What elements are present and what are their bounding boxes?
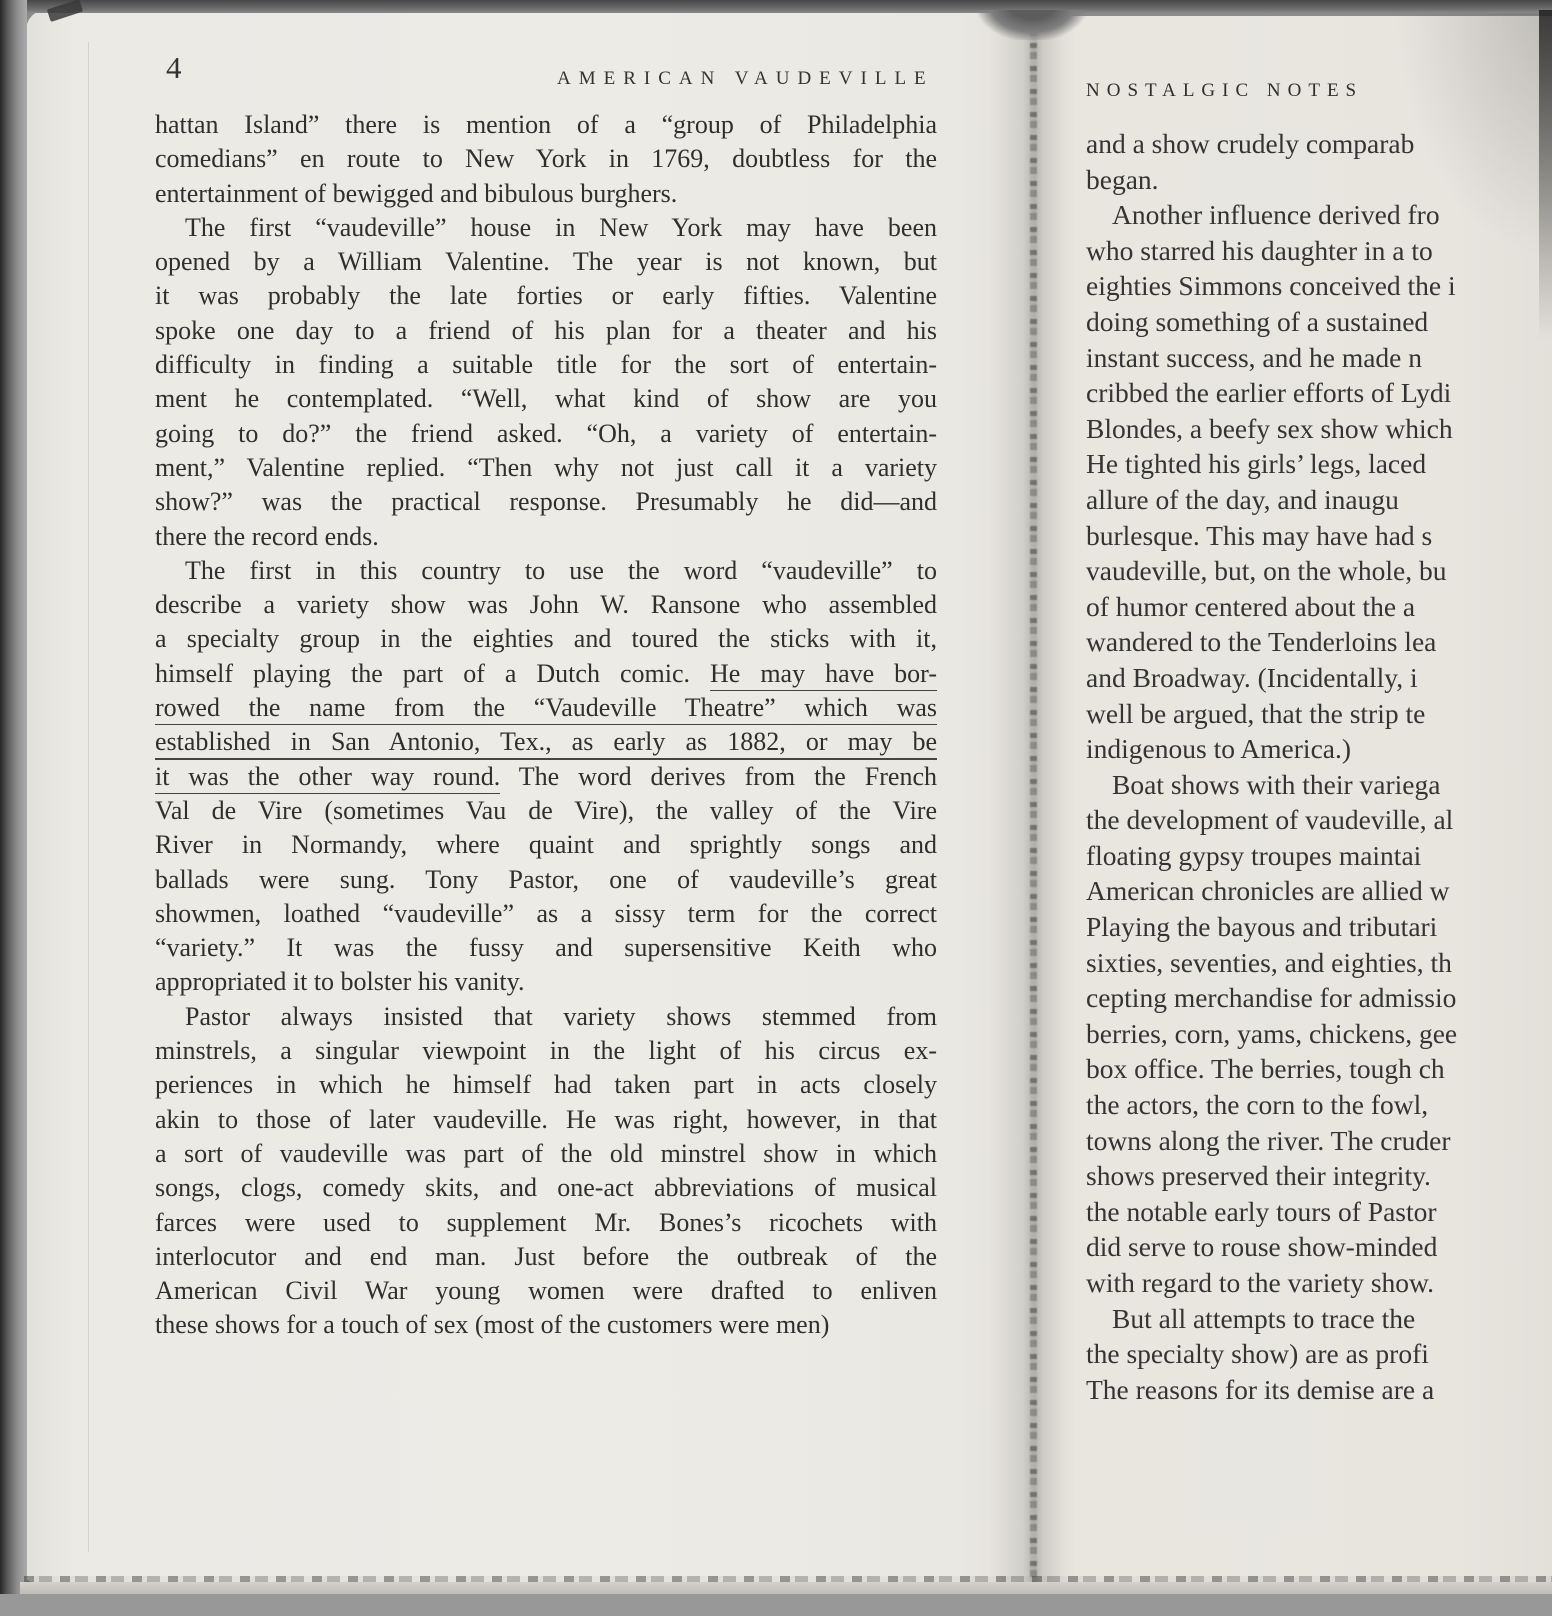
text-line: there the record ends. — [155, 520, 937, 554]
text-segment: show?” was the practical response. Presu… — [155, 487, 937, 516]
text-line: opened by a William Valentine. The year … — [155, 245, 937, 279]
text-line: it was the other way round. The word der… — [155, 760, 937, 794]
text-segment: Val de Vire (sometimes Vau de Vire), the… — [155, 796, 937, 825]
left-page-text: hattan Island” there is mention of a “gr… — [155, 108, 937, 1343]
text-line: American chronicles are allied w — [1086, 873, 1552, 909]
text-line: comedians” en route to New York in 1769,… — [155, 142, 937, 176]
text-line: shows preserved their integrity. — [1086, 1158, 1552, 1194]
text-segment: comedians” en route to New York in 1769,… — [155, 144, 937, 173]
running-head-left: AMERICAN VAUDEVILLE — [557, 68, 934, 90]
text-line: with regard to the variety show. — [1086, 1265, 1552, 1301]
text-line: ment,” Valentine replied. “Then why not … — [155, 451, 937, 485]
underlined-text: it was the other way round. — [155, 762, 500, 794]
text-line: sixties, seventies, and eighties, th — [1086, 945, 1552, 981]
text-line: songs, clogs, comedy skits, and one-act … — [155, 1171, 937, 1205]
running-head-right: NOSTALGIC NOTES — [1086, 80, 1363, 102]
text-line: minstrels, a singular viewpoint in the l… — [155, 1034, 937, 1068]
text-line: wandered to the Tenderloins lea — [1086, 624, 1552, 660]
gutter-stitch-line — [1030, 20, 1037, 1598]
text-line: akin to those of later vaudeville. He wa… — [155, 1103, 937, 1137]
text-line: the specialty show) are as profi — [1086, 1336, 1552, 1372]
text-line: these shows for a touch of sex (most of … — [155, 1308, 937, 1342]
text-line: spoke one day to a friend of his plan fo… — [155, 314, 937, 348]
text-segment: describe a variety show was John W. Rans… — [155, 590, 937, 619]
text-line: the actors, the corn to the fowl, — [1086, 1087, 1552, 1123]
text-segment: ballads were sung. Tony Pastor, one of v… — [155, 865, 937, 894]
text-line: it was probably the late forties or earl… — [155, 279, 937, 313]
text-segment: opened by a William Valentine. The year … — [155, 247, 937, 276]
text-line: Playing the bayous and tributari — [1086, 909, 1552, 945]
scan-left-edge — [0, 0, 27, 1616]
text-line: well be argued, that the strip te — [1086, 696, 1552, 732]
text-line: Boat shows with their variega — [1086, 767, 1552, 803]
text-line: who starred his daughter in a to — [1086, 233, 1552, 269]
text-line: himself playing the part of a Dutch comi… — [155, 657, 937, 691]
text-segment: there the record ends. — [155, 522, 379, 551]
text-line: Val de Vire (sometimes Vau de Vire), the… — [155, 794, 937, 828]
text-line: interlocutor and end man. Just before th… — [155, 1240, 937, 1274]
text-line: indigenous to America.) — [1086, 731, 1552, 767]
text-segment: it was probably the late forties or earl… — [155, 281, 937, 310]
text-line: describe a variety show was John W. Rans… — [155, 588, 937, 622]
text-line: a sort of vaudeville was part of the old… — [155, 1137, 937, 1171]
scan-top-edge — [0, 0, 1552, 13]
text-segment: appropriated it to bolster his vanity. — [155, 967, 524, 996]
left-page-edge-line — [88, 42, 89, 1552]
text-line: ment he contemplated. “Well, what kind o… — [155, 382, 937, 416]
text-line: eighties Simmons conceived the i — [1086, 268, 1552, 304]
text-line: and a show crudely comparab — [1086, 126, 1552, 162]
text-segment: akin to those of later vaudeville. He wa… — [155, 1105, 937, 1134]
text-line: and Broadway. (Incidentally, i — [1086, 660, 1552, 696]
text-line: show?” was the practical response. Presu… — [155, 485, 937, 519]
text-line: But all attempts to trace the — [1086, 1301, 1552, 1337]
text-line: Another influence derived fro — [1086, 197, 1552, 233]
text-segment: The first “vaudeville” house in New York… — [185, 213, 937, 242]
text-line: box office. The berries, tough ch — [1086, 1051, 1552, 1087]
text-segment: these shows for a touch of sex (most of … — [155, 1310, 829, 1339]
text-line: floating gypsy troupes maintai — [1086, 838, 1552, 874]
text-line: doing something of a sustained — [1086, 304, 1552, 340]
text-line: rowed the name from the “Vaudeville Thea… — [155, 691, 937, 725]
text-line: farces were used to supplement Mr. Bones… — [155, 1206, 937, 1240]
text-segment: The word derives from the French — [500, 762, 937, 791]
text-line: burlesque. This may have had s — [1086, 518, 1552, 554]
text-segment: hattan Island” there is mention of a “gr… — [155, 110, 937, 139]
scan-bottom-edge — [0, 1594, 1552, 1616]
text-segment: a sort of vaudeville was part of the old… — [155, 1139, 937, 1168]
text-segment: American Civil War young women were draf… — [155, 1276, 937, 1305]
text-segment: interlocutor and end man. Just before th… — [155, 1242, 937, 1271]
text-segment: “variety.” It was the fussy and supersen… — [155, 933, 937, 962]
text-segment: Pastor always insisted that variety show… — [185, 1002, 937, 1031]
text-line: the notable early tours of Pastor — [1086, 1194, 1552, 1230]
text-line: The first in this country to use the wor… — [155, 554, 937, 588]
text-line: He tighted his girls’ legs, laced — [1086, 446, 1552, 482]
text-line: ballads were sung. Tony Pastor, one of v… — [155, 863, 937, 897]
right-page-text: and a show crudely comparabbegan.Another… — [1086, 126, 1552, 1407]
text-line: cepting merchandise for admissio — [1086, 980, 1552, 1016]
text-segment: spoke one day to a friend of his plan fo… — [155, 316, 937, 345]
text-segment: showmen, loathed “vaudeville” as a sissy… — [155, 899, 937, 928]
underlined-text: rowed the name from the “Vaudeville Thea… — [155, 693, 937, 725]
text-segment: ment,” Valentine replied. “Then why not … — [155, 453, 937, 482]
text-line: difficulty in finding a suitable title f… — [155, 348, 937, 382]
text-segment: a specialty group in the eighties and to… — [155, 624, 937, 653]
text-segment: The first in this country to use the wor… — [185, 556, 937, 585]
text-line: entertainment of bewigged and bibulous b… — [155, 177, 937, 211]
book-scan: 4 AMERICAN VAUDEVILLE NOSTALGIC NOTES ha… — [0, 0, 1552, 1616]
text-segment: minstrels, a singular viewpoint in the l… — [155, 1036, 937, 1065]
text-line: The first “vaudeville” house in New York… — [155, 211, 937, 245]
text-line: the development of vaudeville, al — [1086, 802, 1552, 838]
text-line: showmen, loathed “vaudeville” as a sissy… — [155, 897, 937, 931]
text-line: cribbed the earlier efforts of Lydi — [1086, 375, 1552, 411]
underlined-text: established in San Antonio, Tex., as ear… — [155, 727, 937, 759]
text-segment: songs, clogs, comedy skits, and one-act … — [155, 1173, 937, 1202]
text-segment: ment he contemplated. “Well, what kind o… — [155, 384, 937, 413]
text-line: allure of the day, and inaugu — [1086, 482, 1552, 518]
text-line: American Civil War young women were draf… — [155, 1274, 937, 1308]
text-line: appropriated it to bolster his vanity. — [155, 965, 937, 999]
text-line: going to do?” the friend asked. “Oh, a v… — [155, 417, 937, 451]
text-line: berries, corn, yams, chickens, gee — [1086, 1016, 1552, 1052]
text-line: The reasons for its demise are a — [1086, 1372, 1552, 1408]
text-line: a specialty group in the eighties and to… — [155, 622, 937, 656]
text-line: hattan Island” there is mention of a “gr… — [155, 108, 937, 142]
text-line: Pastor always insisted that variety show… — [155, 1000, 937, 1034]
text-line: River in Normandy, where quaint and spri… — [155, 828, 937, 862]
text-line: periences in which he himself had taken … — [155, 1068, 937, 1102]
underlined-text: He may have bor- — [710, 659, 937, 691]
gutter-top-notch — [978, 10, 1086, 40]
text-line: vaudeville, but, on the whole, bu — [1086, 553, 1552, 589]
text-line: established in San Antonio, Tex., as ear… — [155, 725, 937, 759]
text-line: of humor centered about the a — [1086, 589, 1552, 625]
page-number: 4 — [166, 50, 182, 86]
text-segment: River in Normandy, where quaint and spri… — [155, 830, 937, 859]
text-line: towns along the river. The cruder — [1086, 1123, 1552, 1159]
text-line: “variety.” It was the fussy and supersen… — [155, 931, 937, 965]
text-line: began. — [1086, 162, 1552, 198]
text-segment: periences in which he himself had taken … — [155, 1070, 937, 1099]
text-segment: going to do?” the friend asked. “Oh, a v… — [155, 419, 937, 448]
text-line: instant success, and he made n — [1086, 340, 1552, 376]
text-segment: himself playing the part of a Dutch comi… — [155, 659, 710, 688]
text-segment: farces were used to supplement Mr. Bones… — [155, 1208, 937, 1237]
text-segment: difficulty in finding a suitable title f… — [155, 350, 937, 379]
text-line: Blondes, a beefy sex show which — [1086, 411, 1552, 447]
text-segment: entertainment of bewigged and bibulous b… — [155, 179, 677, 208]
text-line: did serve to rouse show-minded — [1086, 1229, 1552, 1265]
